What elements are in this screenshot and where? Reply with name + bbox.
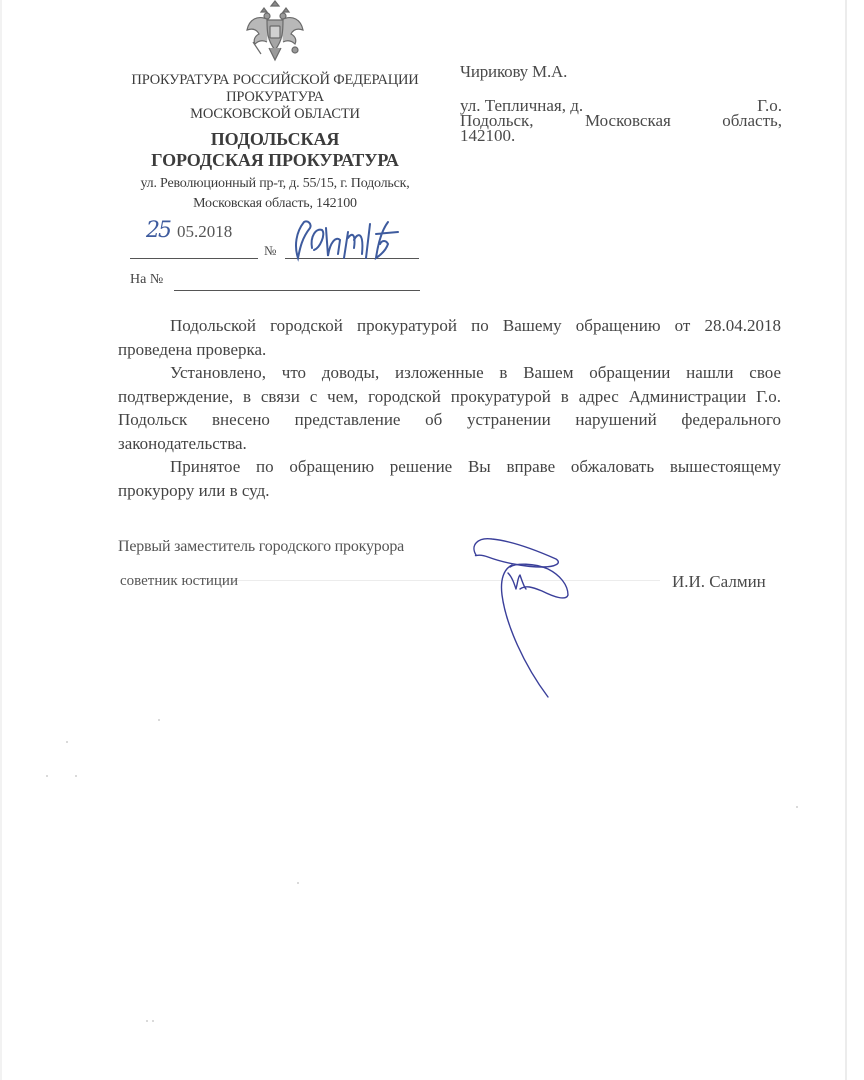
body-paragraph-3: Принятое по обращению решение Вы вправе … <box>118 455 781 502</box>
signatory-position: Первый заместитель городского прокурора <box>118 538 404 556</box>
coat-of-arms-icon <box>243 0 307 64</box>
printed-date: 05.2018 <box>177 222 232 242</box>
page-edge-left <box>0 0 2 1080</box>
handwritten-day: 25 <box>146 218 170 243</box>
addressee-address: ул. Тепличная, д. Г.о. Подольск, Московс… <box>460 98 782 143</box>
scan-speck <box>796 806 798 808</box>
letter-body: Подольской городской прокуратурой по Ваш… <box>118 314 781 502</box>
letterhead-line-2: ПРОКУРАТУРА <box>110 89 440 106</box>
signature-guide-line <box>230 580 660 581</box>
org-name-line-1: ПОДОЛЬСКАЯ <box>110 129 440 150</box>
letterhead-line-1: ПРОКУРАТУРА РОССИЙСКОЙ ФЕДЕРАЦИИ <box>110 72 440 89</box>
date-underline <box>130 258 258 259</box>
signatory-rank: советник юстиции <box>120 573 238 590</box>
org-address-line-1: ул. Революционный пр-т, д. 55/15, г. Под… <box>110 174 440 194</box>
letterhead: ПРОКУРАТУРА РОССИЙСКОЙ ФЕДЕРАЦИИ ПРОКУРА… <box>110 72 440 214</box>
scan-speck <box>66 741 68 743</box>
scan-speck <box>75 775 77 777</box>
handwritten-number-scribble <box>290 218 410 262</box>
body-paragraph-1: Подольской городской прокуратурой по Ваш… <box>118 314 781 361</box>
scan-speck <box>46 775 48 777</box>
address-postcode: 142100. <box>460 128 515 143</box>
letterhead-line-3: МОСКОВСКОЙ ОБЛАСТИ <box>110 106 440 123</box>
scan-speck <box>152 1020 154 1022</box>
signatory-name: И.И. Салмин <box>672 572 766 592</box>
addressee-name: Чирикову М.А. <box>460 62 782 82</box>
address-oblast: область, <box>722 113 782 128</box>
body-paragraph-2: Установлено, что доводы, изложенные в Ва… <box>118 361 781 455</box>
page-edge-right <box>845 0 847 1080</box>
org-name-line-2: ГОРОДСКАЯ ПРОКУРАТУРА <box>110 150 440 171</box>
number-label: № <box>264 243 276 259</box>
org-address-line-2: Московская область, 142100 <box>110 194 440 214</box>
reply-to-label: На № <box>130 272 163 288</box>
addressee-block: Чирикову М.А. ул. Тепличная, д. Г.о. Под… <box>460 62 782 143</box>
scan-speck <box>146 1020 148 1022</box>
reply-to-underline <box>174 290 420 291</box>
scan-speck <box>158 719 160 721</box>
address-region: Московская <box>585 113 671 128</box>
handwritten-signature <box>468 525 578 700</box>
reply-to-row: На № <box>130 272 430 296</box>
scan-speck <box>297 882 299 884</box>
registration-row: 25 05.2018 № <box>130 218 430 268</box>
